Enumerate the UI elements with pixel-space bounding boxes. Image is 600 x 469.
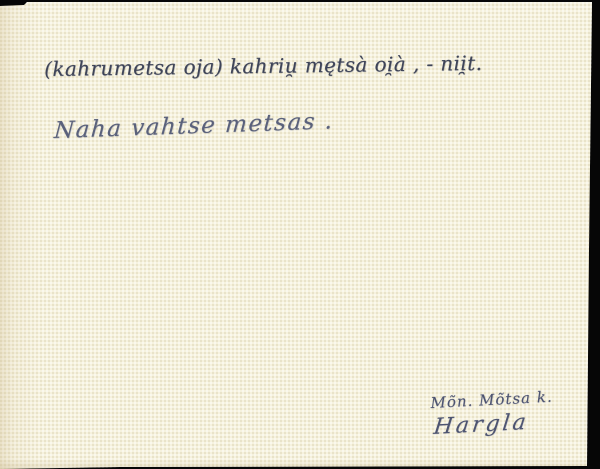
signature-village: Mõn. Mõtsa k. — [430, 388, 553, 412]
collector-signature-block: Mõn. Mõtsa k. Hargla — [430, 388, 555, 440]
archive-card-paper: (kahrumetsa oja) kahriu̯ mętsà oi̯à , - … — [0, 0, 600, 469]
entry-line-secondary: Naha vahtse metsas . — [53, 108, 334, 144]
entry-line-primary: (kahrumetsa oja) kahriu̯ mętsà oi̯à , - … — [44, 51, 482, 81]
signature-parish: Hargla — [432, 408, 555, 439]
scanned-card-photo: (kahrumetsa oja) kahriu̯ mętsà oi̯à , - … — [0, 0, 600, 469]
